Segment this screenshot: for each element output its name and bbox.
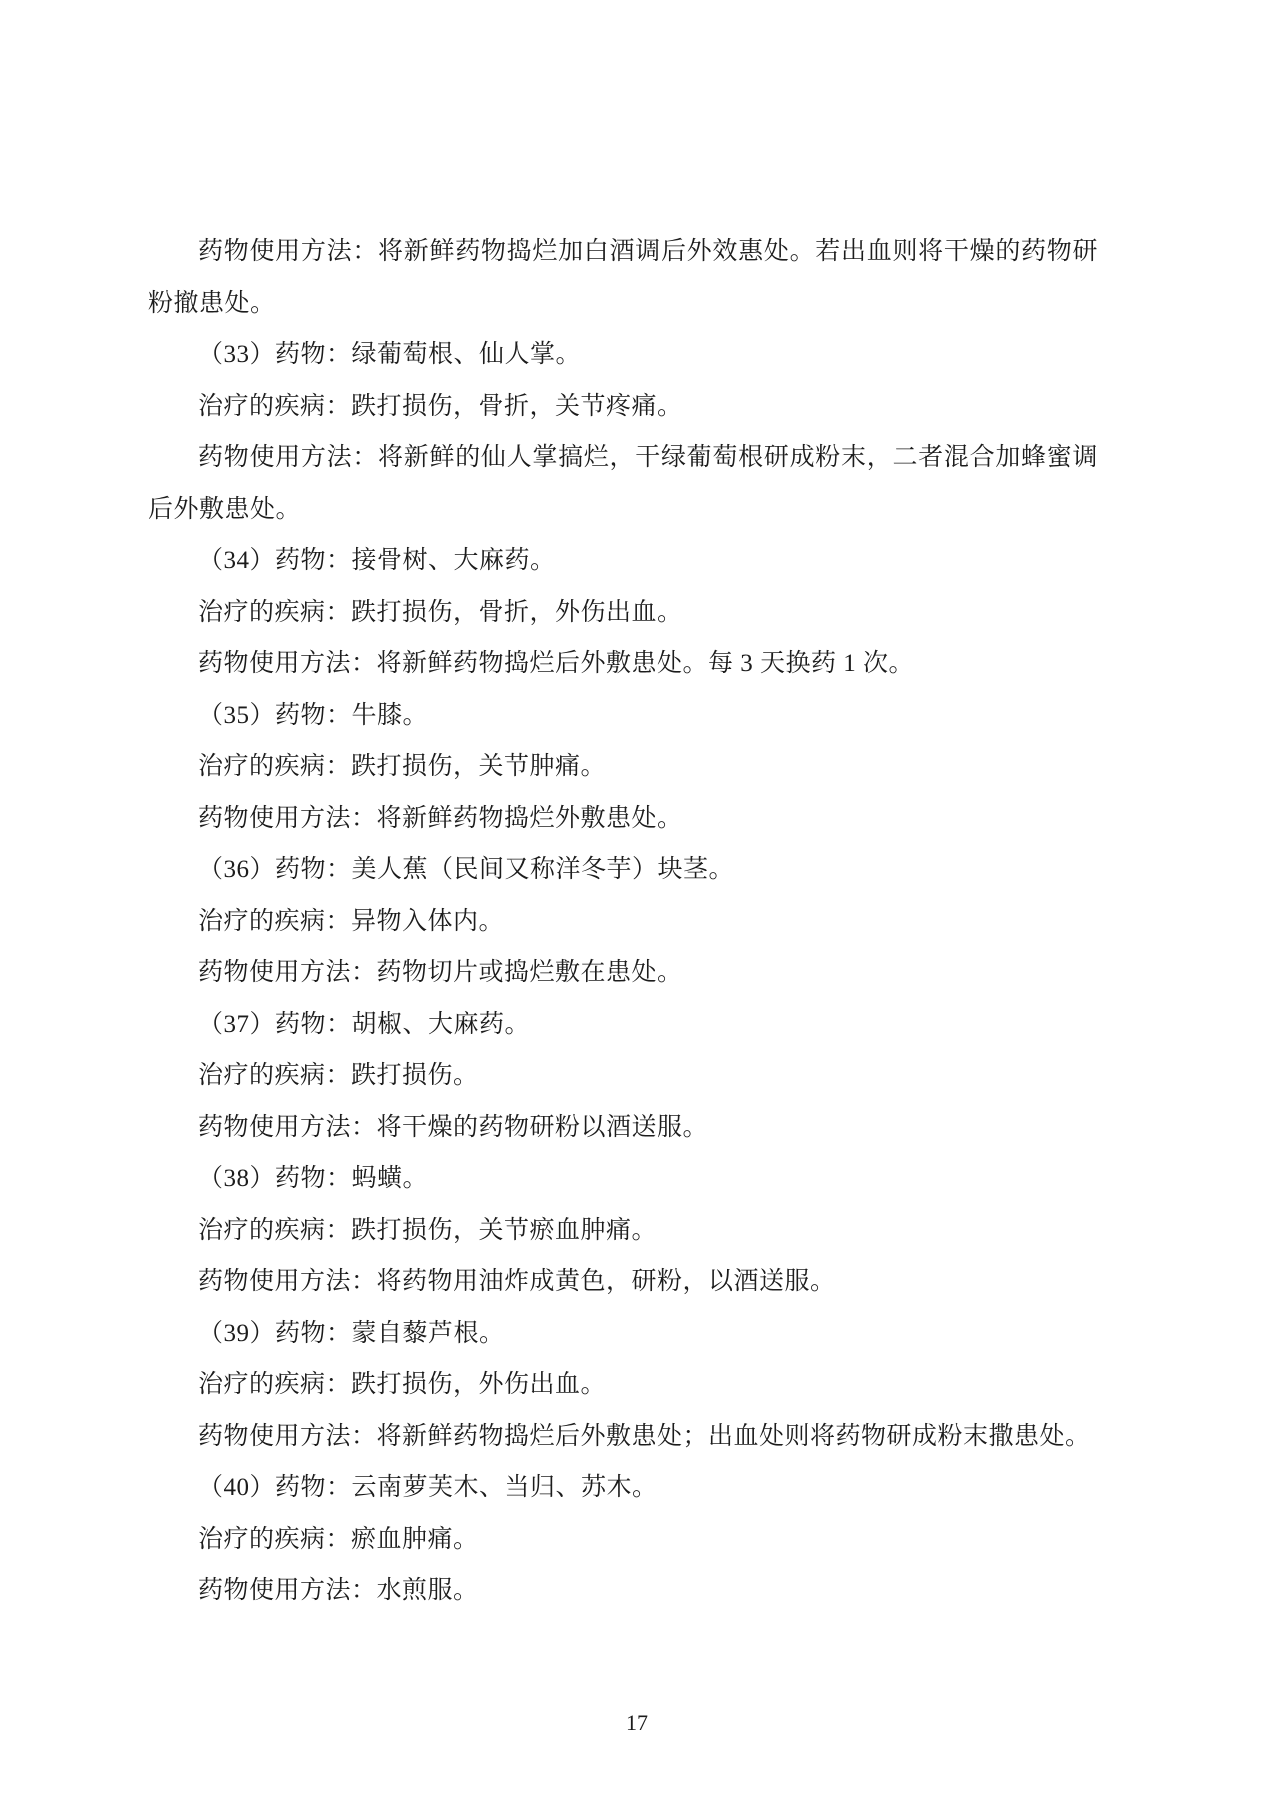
paragraph: （37）药物：胡椒、大麻药。 bbox=[148, 999, 1098, 1051]
document-body: 药物使用方法：将新鲜药物捣烂加白酒调后外效惠处。若出血则将干燥的药物研粉撤患处。… bbox=[148, 226, 1098, 1617]
paragraph: 治疗的疾病：跌打损伤，关节瘀血肿痛。 bbox=[148, 1205, 1098, 1257]
paragraph: 药物使用方法：将新鲜药物捣烂加白酒调后外效惠处。若出血则将干燥的药物研粉撤患处。 bbox=[148, 226, 1098, 329]
paragraph: 药物使用方法：将新鲜药物捣烂后外敷患处。每 3 天换药 1 次。 bbox=[148, 638, 1098, 690]
paragraph: 药物使用方法：将新鲜药物捣烂后外敷患处；出血处则将药物研成粉末撒患处。 bbox=[148, 1411, 1098, 1463]
paragraph: （40）药物：云南萝芙木、当归、苏木。 bbox=[148, 1462, 1098, 1514]
paragraph: 药物使用方法：将干燥的药物研粉以酒送服。 bbox=[148, 1102, 1098, 1154]
paragraph: 治疗的疾病：瘀血肿痛。 bbox=[148, 1514, 1098, 1566]
paragraph: （36）药物：美人蕉（民间又称洋冬芋）块茎。 bbox=[148, 844, 1098, 896]
paragraph: （38）药物：蚂蟥。 bbox=[148, 1153, 1098, 1205]
paragraph: 治疗的疾病：跌打损伤，关节肿痛。 bbox=[148, 741, 1098, 793]
paragraph: （35）药物：牛膝。 bbox=[148, 690, 1098, 742]
paragraph: 药物使用方法：水煎服。 bbox=[148, 1565, 1098, 1617]
paragraph: 治疗的疾病：跌打损伤，骨折，外伤出血。 bbox=[148, 587, 1098, 639]
paragraph: （34）药物：接骨树、大麻药。 bbox=[148, 535, 1098, 587]
paragraph: 药物使用方法：将新鲜的仙人掌搞烂，干绿葡萄根研成粉末，二者混合加蜂蜜调后外敷患处… bbox=[148, 432, 1098, 535]
paragraph: 药物使用方法：将药物用油炸成黄色，研粉，以酒送服。 bbox=[148, 1256, 1098, 1308]
page-number: 17 bbox=[0, 1708, 1274, 1738]
paragraph: 药物使用方法：药物切片或捣烂敷在患处。 bbox=[148, 947, 1098, 999]
paragraph: （39）药物：蒙自藜芦根。 bbox=[148, 1308, 1098, 1360]
paragraph: 治疗的疾病：跌打损伤，骨折，关节疼痛。 bbox=[148, 381, 1098, 433]
paragraph: 治疗的疾病：跌打损伤。 bbox=[148, 1050, 1098, 1102]
document-page: 药物使用方法：将新鲜药物捣烂加白酒调后外效惠处。若出血则将干燥的药物研粉撤患处。… bbox=[0, 0, 1274, 1801]
paragraph: 药物使用方法：将新鲜药物捣烂外敷患处。 bbox=[148, 793, 1098, 845]
paragraph: 治疗的疾病：异物入体内。 bbox=[148, 896, 1098, 948]
paragraph: 治疗的疾病：跌打损伤，外伤出血。 bbox=[148, 1359, 1098, 1411]
paragraph: （33）药物：绿葡萄根、仙人掌。 bbox=[148, 329, 1098, 381]
